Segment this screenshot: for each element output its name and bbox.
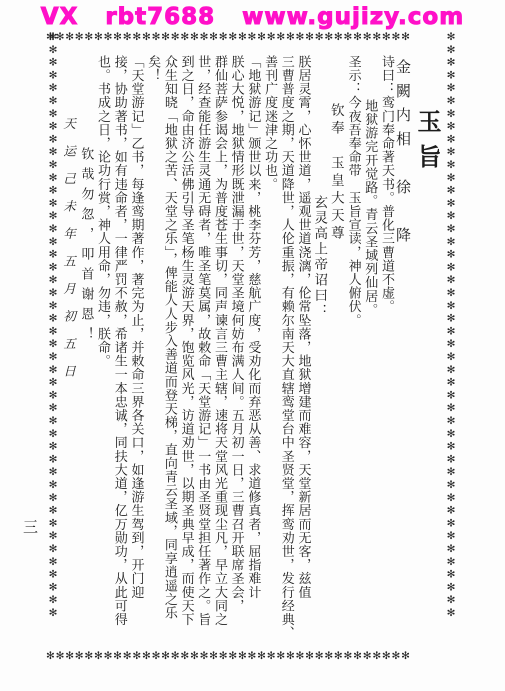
date-line: 天运己未年五月初五日 — [60, 47, 77, 647]
page-border-top-icon: ✻✻✻✻✻✻✻✻✻✻✻✻✻✻✻✻✻✻✻✻✻✻✻✻✻✻✻✻✻✻✻✻✻✻✻✻✻✻ — [46, 31, 458, 44]
text-column-poem-1: 诗曰：鸾门奉命著天书。普化三曹道不虚。 — [377, 47, 394, 647]
page-border-bottom-icon: ✻✻✻✻✻✻✻✻✻✻✻✻✻✻✻✻✻✻✻✻✻✻✻✻✻✻✻✻✻✻✻✻✻✻✻✻✻✻ — [46, 650, 458, 663]
text-column: 朕心大悦，地狱情形既泄漏于世，天堂圣境何妨布满人间。五月初一日，三曹召开联席圣会… — [227, 47, 244, 647]
text-column: 群仙菩萨参谒会上，为普度苍生事切，同声谏言三曹主辖，速将天堂风光重现尘凡，早立大… — [210, 47, 227, 647]
text-column: 善刊广度迷津之功也。 — [260, 47, 277, 647]
text-column: 众生知晓「地狱之苦、天堂之乐」，俾能人人步入善道而登天梯，直向青云圣域，同享逍遥… — [160, 47, 177, 647]
page-border-left-icon: ✻✻✻✻✻✻✻✻✻✻✻✻✻✻✻✻✻✻✻✻✻✻✻✻✻✻✻✻✻✻✻✻✻✻✻✻✻✻✻✻… — [46, 31, 59, 663]
text-column: 接，协助著书，如有违命者，一律严罚不赦，希诸生一本忠诚，同扶大道，亿万勋功，从此… — [110, 47, 127, 647]
author-line: 金闕内相 徐 降 — [394, 47, 412, 647]
text-column: 三曹普度之期，天道降世，人伦重振，有赖尔南天大直辖鸾堂台中圣贤堂，挥鸾劝世，发行… — [277, 47, 294, 647]
page-body: 玉旨 金闕内相 徐 降 诗曰：鸾门奉命著天书。普化三曹道不虚。 地狱游完开觉路。… — [60, 47, 442, 647]
text-column: 朕居灵霄，心怀世道，遥观世道浇漓，伦常坠落，地狱增建而难容，天堂新居而无客，兹值 — [294, 47, 311, 647]
text-column-qinfeng: 钦奉 玉皇大天尊 — [327, 47, 344, 647]
text-column: 到之日，命由济公活佛引导圣笔杨生灵游天界，饱览风光，访道劝世，以期圣典早成，而使… — [177, 47, 194, 647]
text-column-xuanling: 玄灵高上帝诏曰： — [310, 47, 327, 647]
watermark-banner: VX rbt7688 www.gujizy.com — [0, 1, 505, 32]
text-column: 「天堂游记」乙书，每逢鸾期著作，著完为止，并敕命三界各关口，如逢游生驾到，开门迎 — [127, 47, 144, 647]
text-column: 世，经查能任游生灵通无碍者，唯圣笔莫属，故敕命「天堂游记」一书由圣贤堂担任著作之… — [194, 47, 211, 647]
text-column-yi: 矣！ — [143, 47, 160, 647]
text-column: 「地狱游记」颁世以来，桃李芬芳，慈航广度，受劝化而弃恶从善、求道修真者，屈指难计 — [244, 47, 261, 647]
text-column-shengshi: 圣示：今夜吾奉命带 玉旨宣读，神人俯伏。 — [344, 47, 361, 647]
page-border-right-icon: ✻✻✻✻✻✻✻✻✻✻✻✻✻✻✻✻✻✻✻✻✻✻✻✻✻✻✻✻✻✻✻✻✻✻✻✻✻✻✻✻… — [444, 31, 457, 663]
page-number: 三 — [23, 516, 40, 537]
document-title: 玉旨 — [412, 47, 442, 647]
text-column: 也。书成之日，论功行赏，神人用命，勿违，朕命。 — [93, 47, 110, 647]
text-column-poem-2: 地狱游完开觉路。青云圣域列仙居。 — [361, 47, 378, 647]
scanned-book-page: VX rbt7688 www.gujizy.com ✻✻✻✻✻✻✻✻✻✻✻✻✻✻… — [0, 0, 505, 691]
text-column-qinzai: 钦哉勿忽，叩首谢恩！ — [77, 47, 94, 647]
